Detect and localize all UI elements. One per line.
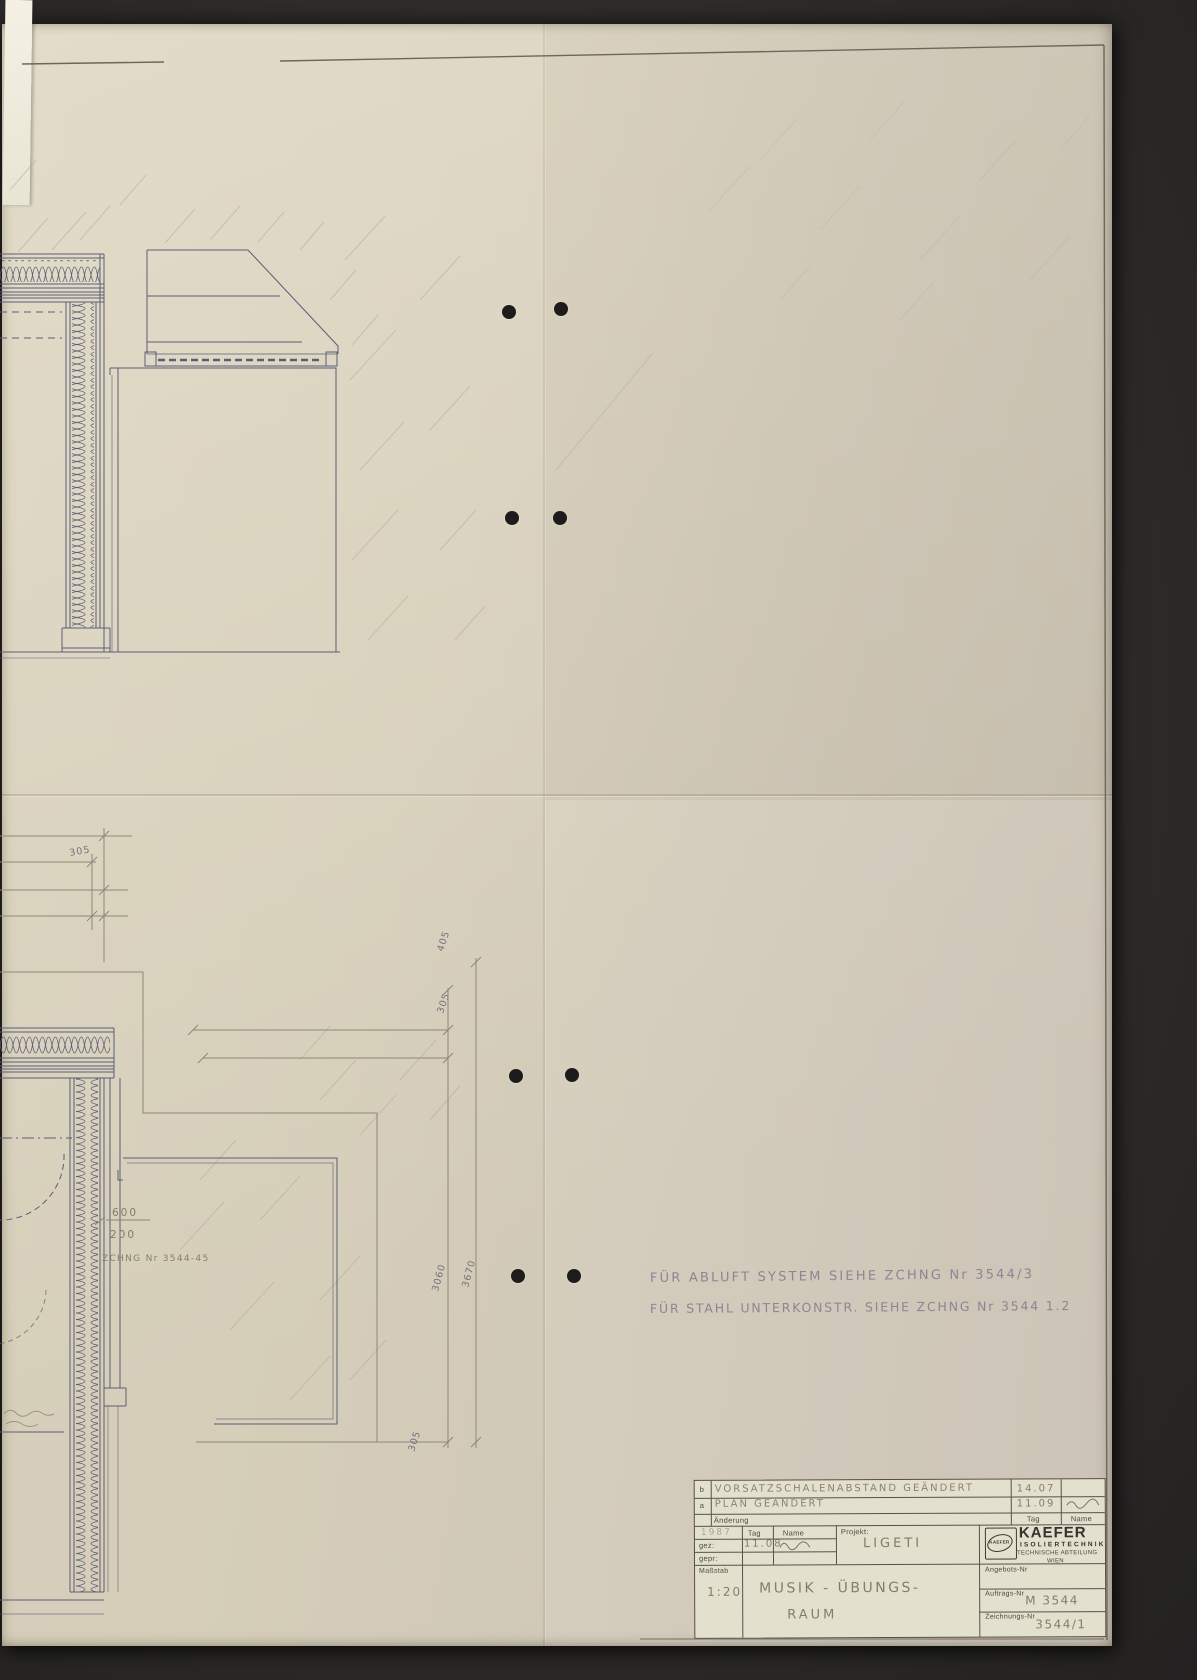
punch-hole xyxy=(554,302,568,316)
drawing-title-line2: RAUM xyxy=(787,1607,837,1622)
name-header: Name xyxy=(1071,1514,1092,1523)
signature-revision-a xyxy=(1065,1497,1101,1509)
drawing-linework: 305 405 305 3060 3670 305 600 200 ZCHNG … xyxy=(0,0,1197,1680)
title-block-line xyxy=(695,1563,1105,1566)
massstab-value: 1:20 xyxy=(707,1585,742,1599)
dim-305-mid: 305 xyxy=(435,991,452,1015)
punch-hole xyxy=(509,1069,523,1083)
photo-of-technical-drawing: 305 405 305 3060 3670 305 600 200 ZCHNG … xyxy=(0,0,1197,1680)
revision-desc-a: PLAN GEÄNDERT xyxy=(715,1498,825,1509)
punch-hole xyxy=(502,305,516,319)
kaefer-stamp-icon: KAEFER xyxy=(985,1527,1017,1559)
gepr-label: gepr: xyxy=(699,1554,718,1563)
title-block-line xyxy=(979,1588,1105,1590)
dim-305-bottom: 305 xyxy=(406,1429,423,1453)
auftrags-value: M 3544 xyxy=(1025,1593,1079,1607)
revision-index-b: b xyxy=(700,1485,705,1494)
drawing-frame-border xyxy=(22,45,1107,1640)
plan-dimension-lines xyxy=(0,828,481,1448)
title-block: b VORSATZSCHALENABSTAND GEÄNDERT 14.07 a… xyxy=(694,1478,1107,1639)
auftrags-label: Auftrags-Nr xyxy=(985,1590,1024,1597)
punch-hole xyxy=(565,1068,579,1082)
projekt-label: Projekt: xyxy=(841,1527,869,1536)
angebots-label: Angebots-Nr xyxy=(985,1566,1028,1573)
note-abluft: FÜR ABLUFT SYSTEM SIEHE ZCHNG Nr 3544/3 xyxy=(650,1265,1034,1286)
dim-3060: 3060 xyxy=(430,1263,448,1293)
dim-305-top: 305 xyxy=(69,844,92,859)
dim-200: 200 xyxy=(110,1229,136,1241)
illegible-pencil-note xyxy=(4,1410,54,1426)
revision-tag-b: 14.07 xyxy=(1017,1483,1056,1494)
note-stahl: FÜR STAHL UNTERKONSTR. SIEHE ZCHNG Nr 35… xyxy=(650,1297,1071,1316)
massstab-label: Maßstab xyxy=(699,1568,728,1575)
punch-hole xyxy=(511,1269,525,1283)
signature-gez xyxy=(777,1538,817,1551)
punch-hole xyxy=(553,511,567,525)
tag-header-2: Tag xyxy=(748,1529,761,1538)
company-name: KAEFER xyxy=(1019,1524,1087,1541)
upper-section-detail xyxy=(0,250,340,658)
reference-note: ZCHNG Nr 3544-45 xyxy=(102,1254,209,1264)
title-block-line xyxy=(695,1551,836,1553)
title-block-line xyxy=(1061,1479,1062,1524)
gez-label: gez: xyxy=(699,1541,714,1550)
projekt-value: LIGETI xyxy=(863,1536,922,1551)
company-line2: ISOLIERTECHNIK xyxy=(1020,1541,1106,1548)
dim-600: 600 xyxy=(112,1207,138,1219)
company-line3: TECHNISCHE ABTEILUNG xyxy=(1017,1550,1097,1556)
lower-plan-detail xyxy=(0,1028,337,1614)
revision-index-a: a xyxy=(700,1501,705,1510)
company-line4: WIEN xyxy=(1047,1558,1064,1564)
zeichnungs-value: 3544/1 xyxy=(1035,1617,1086,1631)
aenderung-label: Änderung xyxy=(714,1516,749,1525)
stamp-text: KAEFER xyxy=(986,1540,1013,1545)
dim-405: 405 xyxy=(435,929,452,953)
handwritten-notes: FÜR ABLUFT SYSTEM SIEHE ZCHNG Nr 3544/3 … xyxy=(650,1265,1071,1316)
punch-hole xyxy=(505,511,519,525)
zeichnungs-label: Zeichnungs-Nr xyxy=(985,1613,1035,1620)
revision-desc-b: VORSATZSCHALENABSTAND GEÄNDERT xyxy=(715,1483,974,1495)
revision-tag-a: 11.09 xyxy=(1017,1498,1056,1509)
punch-hole xyxy=(567,1269,581,1283)
pencil-hatch-marks-top-right xyxy=(710,102,1090,320)
title-block-line xyxy=(979,1525,980,1637)
title-block-line xyxy=(979,1611,1105,1613)
title-block-line xyxy=(1011,1480,1012,1525)
name-header-2: Name xyxy=(783,1528,804,1537)
plan-dimension-labels: 305 405 305 3060 3670 305 600 200 ZCHNG … xyxy=(69,844,479,1452)
title-block-line xyxy=(711,1481,712,1526)
tag-header: Tag xyxy=(1027,1514,1040,1523)
title-block-line xyxy=(695,1512,1105,1515)
title-block-line xyxy=(836,1525,837,1564)
drawing-title-line1: MUSIK - ÜBUNGS- xyxy=(759,1580,920,1597)
pencil-hatch-marks xyxy=(10,160,652,1400)
year-note: 1987 xyxy=(701,1528,732,1538)
